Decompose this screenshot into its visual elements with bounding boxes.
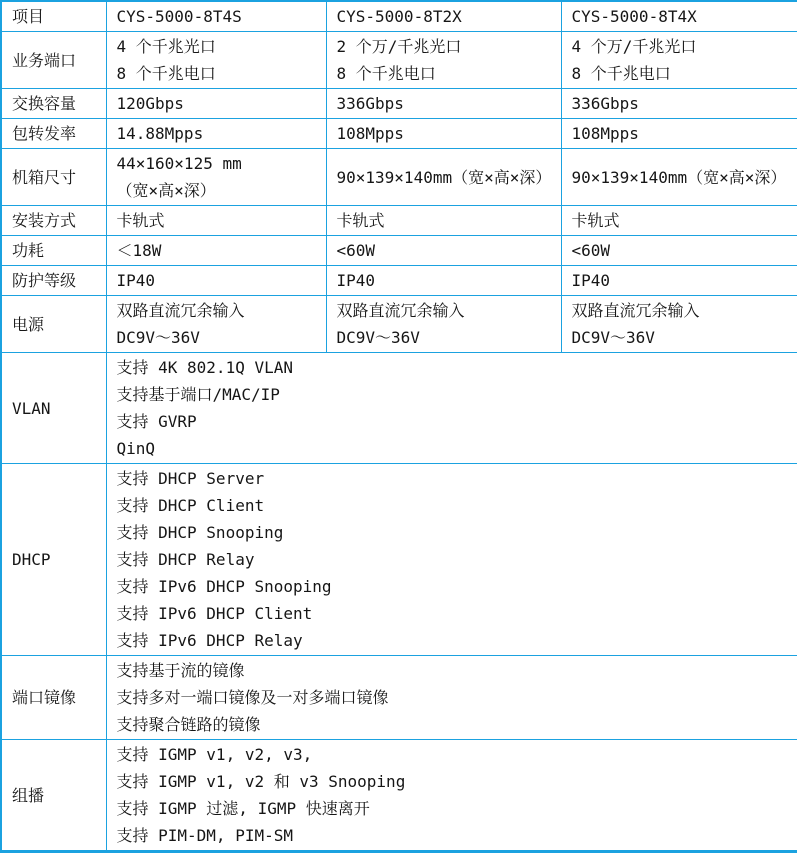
row-installation-method: 安装方式 卡轨式 卡轨式 卡轨式: [1, 206, 797, 236]
spec-cell: 108Mpps: [326, 119, 561, 149]
spec-cell: 双路直流冗余输入 DC9V～36V: [106, 296, 326, 353]
header-item-label: 项目: [1, 1, 106, 32]
row-service-ports: 业务端口 4 个千兆光口 8 个千兆电口 2 个万/千兆光口 8 个千兆电口 4…: [1, 32, 797, 89]
spec-cell: ＜18W: [106, 236, 326, 266]
spec-cell: 卡轨式: [561, 206, 797, 236]
row-label: VLAN: [1, 353, 106, 464]
row-label: 功耗: [1, 236, 106, 266]
spec-cell: 卡轨式: [326, 206, 561, 236]
spec-cell: 4 个千兆光口 8 个千兆电口: [106, 32, 326, 89]
spec-table: 项目 CYS-5000-8T4S CYS-5000-8T2X CYS-5000-…: [0, 0, 797, 853]
row-label: 机箱尺寸: [1, 149, 106, 206]
row-label: 业务端口: [1, 32, 106, 89]
spec-cell: 14.88Mpps: [106, 119, 326, 149]
spec-cell: IP40: [326, 266, 561, 296]
merged-spec-cell: 支持 DHCP Server 支持 DHCP Client 支持 DHCP Sn…: [106, 464, 797, 656]
spec-cell: 44×160×125 mm （宽×高×深）: [106, 149, 326, 206]
model-name-8t2x: CYS-5000-8T2X: [326, 1, 561, 32]
spec-cell: 双路直流冗余输入 DC9V～36V: [561, 296, 797, 353]
row-dhcp: DHCP 支持 DHCP Server 支持 DHCP Client 支持 DH…: [1, 464, 797, 656]
row-multicast: 组播 支持 IGMP v1, v2, v3, 支持 IGMP v1, v2 和 …: [1, 740, 797, 852]
spec-cell: 336Gbps: [326, 89, 561, 119]
merged-spec-cell: 支持 4K 802.1Q VLAN 支持基于端口/MAC/IP 支持 GVRP …: [106, 353, 797, 464]
row-label: 防护等级: [1, 266, 106, 296]
spec-cell: 双路直流冗余输入 DC9V～36V: [326, 296, 561, 353]
row-label: 安装方式: [1, 206, 106, 236]
spec-cell: 卡轨式: [106, 206, 326, 236]
spec-page: 项目 CYS-5000-8T4S CYS-5000-8T2X CYS-5000-…: [0, 0, 797, 853]
spec-cell: 90×139×140mm（宽×高×深）: [326, 149, 561, 206]
spec-cell: 108Mpps: [561, 119, 797, 149]
spec-cell: IP40: [106, 266, 326, 296]
spec-cell: 2 个万/千兆光口 8 个千兆电口: [326, 32, 561, 89]
row-packet-forwarding-rate: 包转发率 14.88Mpps 108Mpps 108Mpps: [1, 119, 797, 149]
row-label: 端口镜像: [1, 656, 106, 740]
row-label: 包转发率: [1, 119, 106, 149]
row-port-mirroring: 端口镜像 支持基于流的镜像 支持多对一端口镜像及一对多端口镜像 支持聚合链路的镜…: [1, 656, 797, 740]
row-label: 组播: [1, 740, 106, 852]
spec-cell: 4 个万/千兆光口 8 个千兆电口: [561, 32, 797, 89]
row-vlan: VLAN 支持 4K 802.1Q VLAN 支持基于端口/MAC/IP 支持 …: [1, 353, 797, 464]
header-row: 项目 CYS-5000-8T4S CYS-5000-8T2X CYS-5000-…: [1, 1, 797, 32]
spec-cell: <60W: [326, 236, 561, 266]
spec-cell: <60W: [561, 236, 797, 266]
merged-spec-cell: 支持 IGMP v1, v2, v3, 支持 IGMP v1, v2 和 v3 …: [106, 740, 797, 852]
model-name-8t4x: CYS-5000-8T4X: [561, 1, 797, 32]
row-label: DHCP: [1, 464, 106, 656]
spec-cell: IP40: [561, 266, 797, 296]
row-power-supply: 电源 双路直流冗余输入 DC9V～36V 双路直流冗余输入 DC9V～36V 双…: [1, 296, 797, 353]
row-label: 电源: [1, 296, 106, 353]
merged-spec-cell: 支持基于流的镜像 支持多对一端口镜像及一对多端口镜像 支持聚合链路的镜像: [106, 656, 797, 740]
model-name-8t4s: CYS-5000-8T4S: [106, 1, 326, 32]
row-switching-capacity: 交换容量 120Gbps 336Gbps 336Gbps: [1, 89, 797, 119]
row-power-consumption: 功耗 ＜18W <60W <60W: [1, 236, 797, 266]
spec-cell: 336Gbps: [561, 89, 797, 119]
spec-cell: 90×139×140mm（宽×高×深）: [561, 149, 797, 206]
row-chassis-size: 机箱尺寸 44×160×125 mm （宽×高×深） 90×139×140mm（…: [1, 149, 797, 206]
row-label: 交换容量: [1, 89, 106, 119]
row-protection-rating: 防护等级 IP40 IP40 IP40: [1, 266, 797, 296]
spec-cell: 120Gbps: [106, 89, 326, 119]
